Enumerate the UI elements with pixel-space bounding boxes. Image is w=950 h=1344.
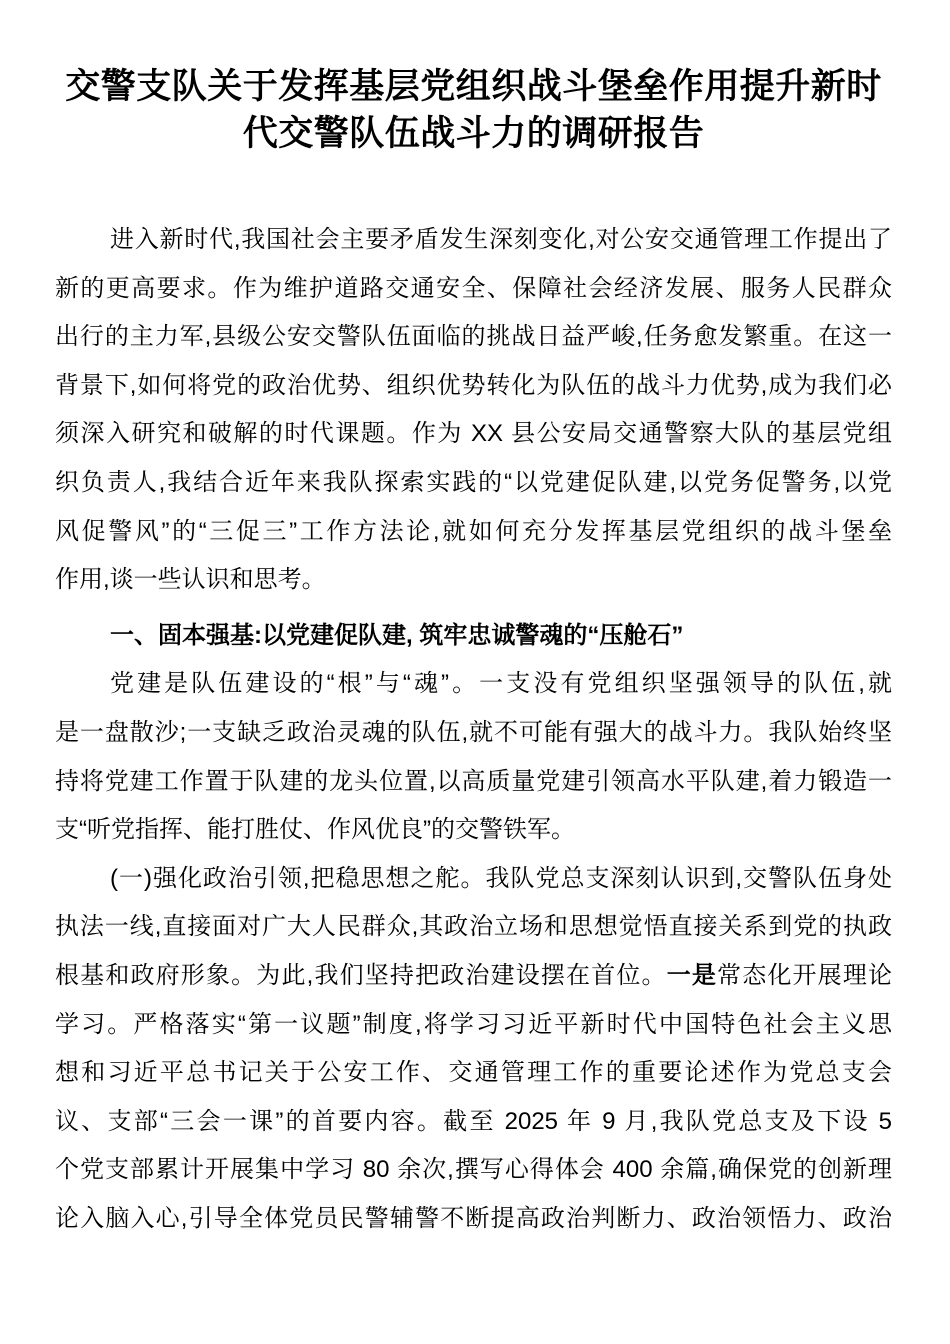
text-line: 执法一线,直接面对广大人民群众,其政治立场和思想觉悟直接关系到党的执政 (55, 903, 892, 952)
text-segment: 织负责人,我结合近年来我队探索实践的“以党建促队建,以党务促警务,以党 (55, 469, 892, 496)
text-line: 学习。严格落实“第一议题”制度,将学习习近平新时代中国特色社会主义思 (55, 1001, 892, 1050)
text-line: 论入脑入心,引导全体党员民警辅警不断提高政治判断力、政治领悟力、政治 (55, 1195, 892, 1244)
title-line: 交警支队关于发挥基层党组织战斗堡垒作用提升新时 (55, 63, 892, 110)
text-line: 出行的主力军,县级公安交警队伍面临的挑战日益严峻,任务愈发繁重。在这一 (55, 313, 892, 362)
text-segment: 是一盘散沙;一支缺乏政治灵魂的队伍,就不可能有强大的战斗力。我队始终坚 (55, 719, 892, 746)
text-line: 持将党建工作置于队建的龙头位置,以高质量党建引领高水平队建,着力锻造一 (55, 758, 892, 807)
text-line: 须深入研究和破解的时代课题。作为 XX 县公安局交通警察大队的基层党组 (55, 410, 892, 459)
text-segment: 学习。严格落实“第一议题”制度,将学习习近平新时代中国特色社会主义思 (55, 1011, 892, 1038)
text-line: 作用,谈一些认识和思考。 (55, 556, 892, 605)
text-line: 是一盘散沙;一支缺乏政治灵魂的队伍,就不可能有强大的战斗力。我队始终坚 (55, 709, 892, 758)
text-line: 根基和政府形象。为此,我们坚持把政治建设摆在首位。一是常态化开展理论 (55, 952, 892, 1001)
text-segment: 执法一线,直接面对广大人民群众,其政治立场和思想觉悟直接关系到党的执政 (55, 913, 892, 940)
document-title: 交警支队关于发挥基层党组织战斗堡垒作用提升新时代交警队伍战斗力的调研报告 (55, 63, 892, 157)
text-segment: 议、支部“三会一课”的首要内容。截至 2025 年 9 月,我队党总支及下设 5 (55, 1108, 892, 1135)
text-segment: 风促警风”的“三促三”工作方法论,就如何充分发挥基层党组织的战斗堡垒 (55, 518, 892, 545)
text-segment: 论入脑入心,引导全体党员民警辅警不断提高政治判断力、政治领悟力、政治 (55, 1205, 892, 1232)
heading-line: 一、固本强基:以党建促队建, 筑牢忠诚警魂的“压舱石” (55, 612, 892, 661)
text-line: (一)强化政治引领,把稳思想之舵。我队党总支深刻认识到,交警队伍身处 (55, 855, 892, 904)
text-line: 支“听党指挥、能打胜仗、作风优良”的交警铁军。 (55, 806, 892, 855)
text-segment: 出行的主力军,县级公安交警队伍面临的挑战日益严峻,任务愈发繁重。在这一 (55, 323, 892, 350)
text-segment: 进入新时代,我国社会主要矛盾发生深刻变化,对公安交通管理工作提出了 (110, 226, 892, 253)
text-segment: 根基和政府形象。为此,我们坚持把政治建设摆在首位。 (55, 962, 667, 989)
text-line: 个党支部累计开展集中学习 80 余次,撰写心得体会 400 余篇,确保党的创新理 (55, 1146, 892, 1195)
text-line: 织负责人,我结合近年来我队探索实践的“以党建促队建,以党务促警务,以党 (55, 459, 892, 508)
text-line: 新的更高要求。作为维护道路交通安全、保障社会经济发展、服务人民群众 (55, 265, 892, 314)
text-line: 党建是队伍建设的“根”与“魂”。一支没有党组织坚强领导的队伍,就 (55, 660, 892, 709)
text-line: 背景下,如何将党的政治优势、组织优势转化为队伍的战斗力优势,成为我们必 (55, 362, 892, 411)
text-line: 议、支部“三会一课”的首要内容。截至 2025 年 9 月,我队党总支及下设 5 (55, 1098, 892, 1147)
text-segment: 须深入研究和破解的时代课题。作为 XX 县公安局交通警察大队的基层党组 (55, 420, 892, 447)
text-segment: 持将党建工作置于队建的龙头位置,以高质量党建引领高水平队建,着力锻造一 (55, 768, 892, 795)
text-segment: 党建是队伍建设的“根”与“魂”。一支没有党组织坚强领导的队伍,就 (110, 670, 892, 697)
document-page: 交警支队关于发挥基层党组织战斗堡垒作用提升新时代交警队伍战斗力的调研报告 进入新… (0, 0, 950, 1344)
text-segment: 个党支部累计开展集中学习 80 余次,撰写心得体会 400 余篇,确保党的创新理 (55, 1156, 892, 1183)
bold-text-segment: 一是 (667, 962, 717, 989)
text-segment: 常态化开展理论 (717, 962, 892, 989)
text-line: 进入新时代,我国社会主要矛盾发生深刻变化,对公安交通管理工作提出了 (55, 216, 892, 265)
text-segment: 想和习近平总书记关于公安工作、交通管理工作的重要论述作为党总支会 (55, 1059, 892, 1086)
paragraph: 党建是队伍建设的“根”与“魂”。一支没有党组织坚强领导的队伍,就是一盘散沙;一支… (55, 660, 892, 854)
bold-text-segment: 一、固本强基:以党建促队建, 筑牢忠诚警魂的“压舱石” (110, 622, 683, 649)
text-line: 想和习近平总书记关于公安工作、交通管理工作的重要论述作为党总支会 (55, 1049, 892, 1098)
document-body: 进入新时代,我国社会主要矛盾发生深刻变化,对公安交通管理工作提出了新的更高要求。… (55, 216, 892, 1243)
text-segment: 支“听党指挥、能打胜仗、作风优良”的交警铁军。 (55, 816, 575, 843)
paragraph: (一)强化政治引领,把稳思想之舵。我队党总支深刻认识到,交警队伍身处执法一线,直… (55, 855, 892, 1244)
title-line: 代交警队伍战斗力的调研报告 (55, 110, 892, 157)
section-heading: 一、固本强基:以党建促队建, 筑牢忠诚警魂的“压舱石” (55, 612, 892, 661)
text-segment: 新的更高要求。作为维护道路交通安全、保障社会经济发展、服务人民群众 (55, 275, 892, 302)
text-line: 风促警风”的“三促三”工作方法论,就如何充分发挥基层党组织的战斗堡垒 (55, 508, 892, 557)
paragraph: 进入新时代,我国社会主要矛盾发生深刻变化,对公安交通管理工作提出了新的更高要求。… (55, 216, 892, 605)
text-segment: 作用,谈一些认识和思考。 (55, 566, 326, 593)
text-segment: (一)强化政治引领,把稳思想之舵。我队党总支深刻认识到,交警队伍身处 (110, 865, 892, 892)
text-segment: 背景下,如何将党的政治优势、组织优势转化为队伍的战斗力优势,成为我们必 (55, 372, 892, 399)
